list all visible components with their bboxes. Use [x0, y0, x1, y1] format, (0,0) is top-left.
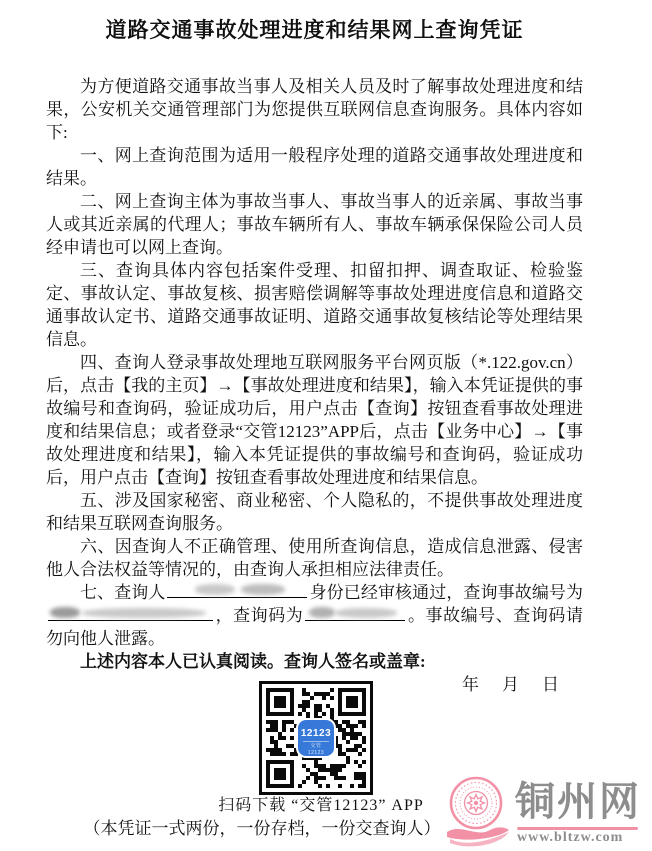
qr-code: 12123 交管12123 — [259, 681, 373, 795]
paragraph-intro: 为方便道路交通事故当事人及相关人员及时了解事故处理进度和结果，公安机关交通管理部… — [46, 75, 583, 144]
paragraph-item5: 五、涉及国家秘密、商业秘密、个人隐私的，不提供事故处理进度和结果互联网查询服务。 — [46, 489, 583, 535]
qr-logo-12123-icon: 12123 交管12123 — [298, 720, 334, 756]
paragraph-item2: 二、网上查询主体为事故当事人、事故当事人的近亲属、事故当事人或其近亲属的代理人；… — [46, 190, 583, 259]
paragraph-item3: 三、查询具体内容包括案件受理、扣留扣押、调查取证、检验鉴定、事故认定、事故复核、… — [46, 259, 583, 351]
watermark-site-name: 铜州网 — [515, 780, 641, 824]
redacted-query-code — [305, 604, 405, 621]
paragraph-item4: 四、查询人登录事故处理地互联网服务平台网页版（*.122.gov.cn）后，点击… — [46, 351, 583, 489]
paragraph-item1: 一、网上查询范围为适用一般程序处理的道路交通事故处理进度和结果。 — [46, 144, 583, 190]
paragraph-item6: 六、因查询人不正确管理、使用所查询信息，造成信息泄露、侵害他人合法权益等情况的，… — [46, 535, 583, 581]
item7-between: ，查询码为 — [215, 606, 303, 625]
document-title: 道路交通事故处理进度和结果网上查询凭证 — [46, 0, 583, 44]
item7-after-name: 身份已经审核通过，查询事故编号为 — [309, 583, 583, 602]
document-page: 道路交通事故处理进度和结果网上查询凭证 为方便道路交通事故当事人及相关人员及时了… — [0, 0, 652, 851]
paragraph-item7: 七、查询人身份已经审核通过，查询事故编号为，查询码为。事故编号、查询码请勿向他人… — [46, 581, 583, 650]
signature-statement: 上述内容本人已认真阅读。查询人签名或盖章: — [46, 650, 583, 673]
qr-logo-text: 12123 — [298, 728, 334, 739]
item7-prefix: 七、查询人 — [80, 583, 165, 602]
watermark-site-url: www.bltzw.com — [517, 830, 623, 846]
watermark-seal-icon — [445, 776, 515, 851]
redacted-query-person-name — [167, 581, 307, 598]
redacted-accident-number — [48, 604, 213, 621]
qr-logo-subtext: 交管12123 — [303, 741, 329, 757]
document-body: 为方便道路交通事故当事人及相关人员及时了解事故处理进度和结果，公安机关交通管理部… — [46, 75, 583, 650]
site-watermark: 铜州网 www.bltzw.com — [443, 774, 652, 851]
